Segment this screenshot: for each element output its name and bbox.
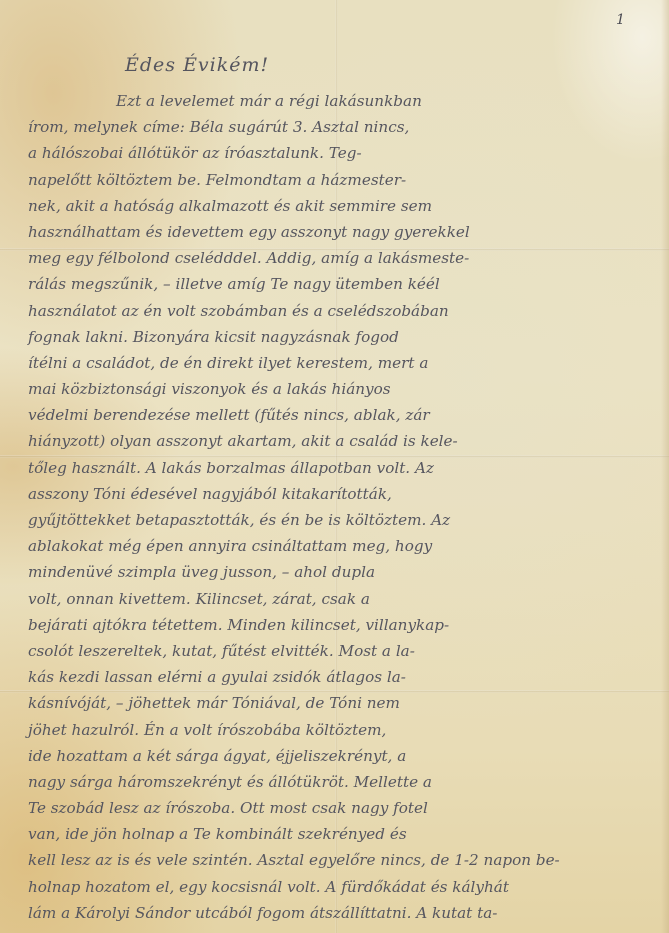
- letter-line: gyűjtöttekket betapasztották, és én be i…: [28, 507, 658, 533]
- letter-body: Ezt a levelemet már a régi lakásunkban í…: [28, 88, 658, 926]
- letter-line: ítélni a családot, de én direkt ilyet ke…: [28, 350, 658, 376]
- letter-line: tőleg használt. A lakás borzalmas állapo…: [28, 455, 658, 481]
- letter-line: bejárati ajtókra tétettem. Minden kilinc…: [28, 612, 658, 638]
- letter-line: írom, melynek címe: Béla sugárút 3. Aszt…: [28, 114, 658, 140]
- letter-line: a hálószobai állótükör az íróasztalunk. …: [28, 140, 658, 166]
- letter-line: kás kezdi lassan elérni a gyulai zsidók …: [28, 664, 658, 690]
- letter-line: rálás megszűnik, – illetve amíg Te nagy …: [28, 271, 658, 297]
- letter-line: kásnívóját, – jöhettek már Tóniával, de …: [28, 690, 658, 716]
- letter-line: ablakokat még épen annyira csináltattam …: [28, 533, 658, 559]
- letter-line: kell lesz az is és vele szintén. Asztal …: [28, 847, 658, 873]
- letter-line: jöhet hazulról. Én a volt írószobába köl…: [28, 717, 658, 743]
- letter-line: mindenüvé szimpla üveg jusson, – ahol du…: [28, 559, 658, 585]
- paper-edge: [661, 0, 669, 933]
- letter-line: csolót leszereltek, kutat, fűtést elvitt…: [28, 638, 658, 664]
- letter-line: van, ide jön holnap a Te kombinált szekr…: [28, 821, 658, 847]
- letter-line: lám a Károlyi Sándor utcából fogom átszá…: [28, 900, 658, 926]
- letter-line: használhattam és idevettem egy asszonyt …: [28, 219, 658, 245]
- letter-line: nek, akit a hatóság alkalmazott és akit …: [28, 193, 658, 219]
- letter-line: hiányzott) olyan asszonyt akartam, akit …: [28, 428, 658, 454]
- letter-line: Ezt a levelemet már a régi lakásunkban: [28, 88, 658, 114]
- letter-line: fognak lakni. Bizonyára kicsit nagyzásna…: [28, 324, 658, 350]
- page-number: 1: [616, 12, 625, 28]
- letter-line: ide hozattam a két sárga ágyat, éjjelisz…: [28, 743, 658, 769]
- letter-line: volt, onnan kivettem. Kilincset, zárat, …: [28, 586, 658, 612]
- letter-line: napelőtt költöztem be. Felmondtam a házm…: [28, 167, 658, 193]
- letter-page: 1 Édes Évikém! Ezt a levelemet már a rég…: [0, 0, 669, 933]
- letter-line: használatot az én volt szobámban és a cs…: [28, 298, 658, 324]
- letter-line: holnap hozatom el, egy kocsisnál volt. A…: [28, 874, 658, 900]
- letter-line: nagy sárga háromszekrényt és állótükröt.…: [28, 769, 658, 795]
- letter-line: Te szobád lesz az írószoba. Ott most csa…: [28, 795, 658, 821]
- letter-line: mai közbiztonsági viszonyok és a lakás h…: [28, 376, 658, 402]
- salutation: Édes Évikém!: [125, 54, 269, 76]
- letter-line: védelmi berendezése mellett (fűtés nincs…: [28, 402, 658, 428]
- letter-line: asszony Tóni édesével nagyjából kitakarí…: [28, 481, 658, 507]
- letter-line: meg egy félbolond cselédddel. Addig, amí…: [28, 245, 658, 271]
